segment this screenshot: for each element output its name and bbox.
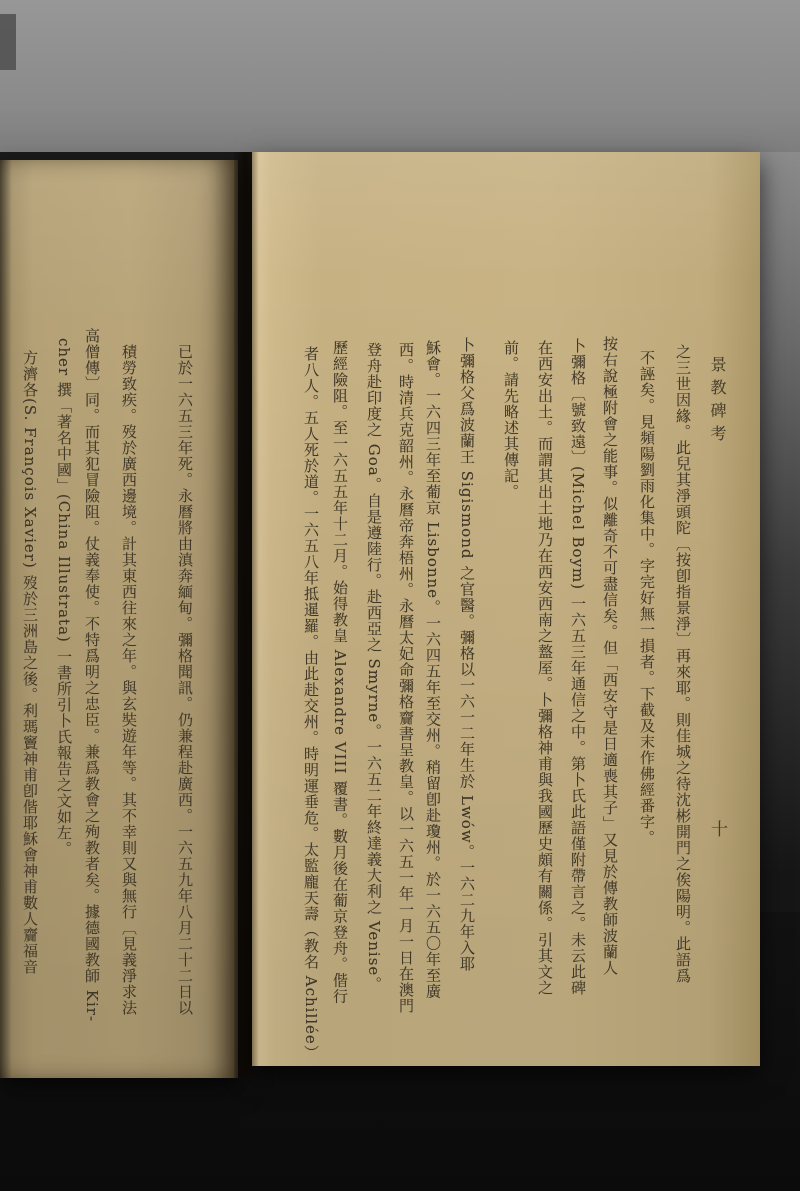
text-column-right-10: 登舟赴印度之 Goa。自是遵陸行。赴西亞之 Smyrne。一六五二年終達義大利之… (357, 342, 391, 992)
text-column-right-2: 不誣矣。見頻陽劉雨化集中。字完好無一損者。下截及末作佛經番字。 (630, 350, 664, 846)
text-column-left-2: 積勞致疾。歿於廣西邊境。計其東西往來之年。與玄奘遊年等。其不幸則又與無行〔見義淨… (112, 344, 146, 1016)
text-column-right-12: 者八人。五人死於道。一六五八年抵暹羅。由此赴交州。時明運垂危。太監龐天壽（教名 … (294, 346, 328, 1061)
text-column-left-4: cher 撰「著名中國」(China Illustrata) 一書所引卜氏報告之… (47, 338, 81, 857)
scan-edge-artifact (0, 14, 16, 70)
text-column-right-7: 卜彌格父爲波蘭王 Sigismond 之官醫。彌格以一六一二年生於 Lwów。一… (450, 337, 484, 972)
book-scan-viewport: 景教碑考 十 之三世因緣。此兒其淨頭陀〔按卽指景淨〕再來耶。則佳城之待沈彬開門之… (0, 0, 800, 1191)
text-column-right-3: 按右說極附會之能事。似離奇不可盡信矣。但「西安守是日適喪其子」又見於傳教師波蘭人 (593, 336, 627, 976)
text-column-right-1: 之三世因緣。此兒其淨頭陀〔按卽指景淨〕再來耶。則佳城之待沈彬開門之俟陽明。此語爲 (666, 344, 700, 984)
text-column-right-9: 西。時清兵克韶州。永曆帝奔梧州。永曆太妃命彌格齎書呈教皇。以一六五一年一月一日在… (389, 342, 423, 1014)
text-column-left-5: 方濟各(S. François Xavier) 歿於三洲島之後。利瑪竇神甫卽偕耶… (13, 350, 47, 975)
left-page-edge-shadow (0, 160, 12, 1078)
book-gutter-shadow (234, 152, 254, 1078)
page-number: 十 (700, 820, 734, 838)
text-column-left-1: 已於一六五三年死。永曆將由滇奔緬甸。彌格聞訊。仍兼程赴廣西。一六五九年八月二十二… (168, 344, 202, 1016)
text-column-right-6: 前。請先略述其傳記。 (494, 340, 528, 500)
text-column-right-5: 在西安出土。而謂其出土地乃在西安西南之盩厔。卜彌格神甫與我國歷史頗有關係。引其文… (528, 340, 562, 996)
text-column-right-11: 歷經險阻。至一六五五年十二月。始得教皇 Alexandre VIII 覆書。數月… (323, 340, 357, 1004)
running-title: 景教碑考 (700, 356, 734, 448)
scanner-background-right (758, 152, 800, 912)
text-column-right-4: 卜彌格〔號致遠〕(Michel Boym) 一六五三年通信之中。第卜氏此語僅附帶… (561, 338, 595, 996)
scanner-background-top (0, 0, 800, 152)
